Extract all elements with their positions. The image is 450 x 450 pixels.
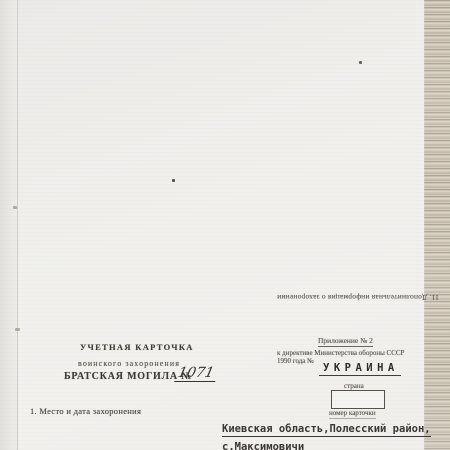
section1-label: 1. Место и дата захоронения <box>30 406 141 416</box>
scanned-card-page: 11. Дополнительная информация о захороне… <box>0 0 450 450</box>
card-number-label: номер карточки <box>329 409 376 419</box>
location-line2: с.Максимовичи <box>222 441 304 450</box>
annex-line2: к директиве Министерства обороны СССР <box>277 349 404 357</box>
paper-speck <box>359 61 362 64</box>
country-name: УКРАИНА <box>319 362 401 376</box>
card-title-line1: УЧЕТНАЯ КАРТОЧКА <box>80 342 194 352</box>
card-title-line2: воинского захоронения <box>78 359 180 368</box>
paper-speck <box>15 328 20 331</box>
rotated-additional-info-note: 11. Дополнительная информация о захороне… <box>231 293 439 302</box>
grave-number-handwritten: 1071 <box>174 365 218 382</box>
book-edge-texture <box>424 0 450 450</box>
card-number-box <box>331 390 385 409</box>
annex-line1: Приложение № 2 <box>318 336 373 347</box>
annex-line3: 1990 года № <box>277 357 314 365</box>
paper-left-edge <box>0 0 18 450</box>
country-label: страна <box>344 382 364 390</box>
location-line1: Киевская область,Полесский район, <box>222 423 431 437</box>
card-title-line3: БРАТСКАЯ МОГИЛА № <box>64 371 192 382</box>
paper-speck <box>13 206 17 209</box>
scan-texture-overlay <box>0 0 450 450</box>
paper-speck <box>172 179 175 182</box>
